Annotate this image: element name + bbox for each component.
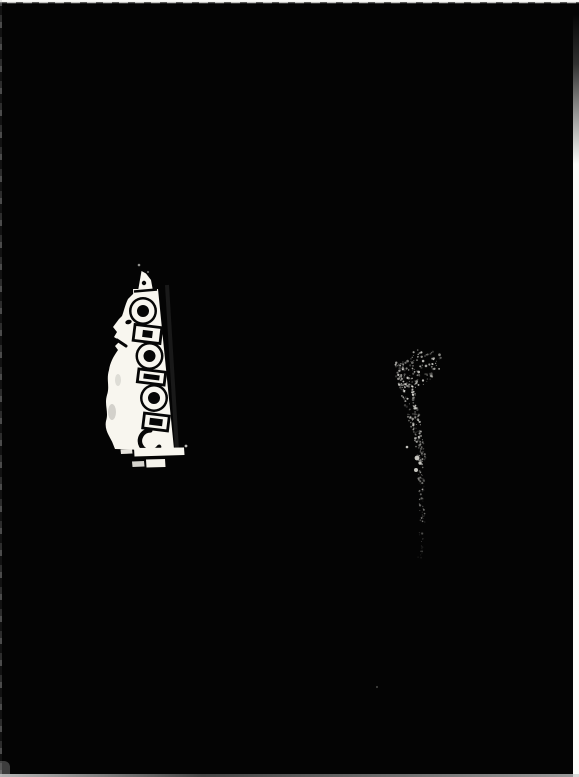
stipple-dot xyxy=(414,433,415,434)
stipple-dot xyxy=(421,545,422,546)
stipple-dot xyxy=(399,378,400,379)
stipple-dot xyxy=(416,441,418,443)
stipple-dot xyxy=(376,686,378,688)
stipple-dot xyxy=(413,360,414,361)
stipple-dot xyxy=(406,367,408,369)
stipple-dot xyxy=(422,360,425,363)
stipple-dot xyxy=(419,470,421,472)
stipple-dot xyxy=(421,518,422,519)
tip-notch xyxy=(142,281,146,285)
stipple-dot xyxy=(414,393,416,395)
stipple-dot xyxy=(438,368,440,370)
stipple-dot xyxy=(410,426,412,428)
stipple-dot xyxy=(415,395,416,396)
stipple-dot xyxy=(421,533,422,534)
stipple-dot xyxy=(423,443,424,444)
stipple-dot xyxy=(413,355,414,356)
stipple-dot xyxy=(409,403,410,404)
statue-figure xyxy=(106,271,185,468)
highlight-blob xyxy=(414,468,418,472)
stipple-dot xyxy=(412,394,414,396)
stipple-dot xyxy=(424,515,425,516)
stipple-dot xyxy=(422,455,423,456)
stipple-dot xyxy=(417,354,419,356)
stipple-dot xyxy=(419,505,420,506)
stipple-dot xyxy=(417,357,418,358)
stipple-dot xyxy=(422,547,423,548)
stipple-dot xyxy=(419,476,421,478)
stipple-dot xyxy=(414,417,416,419)
stipple-dot xyxy=(409,375,410,376)
stipple-dot xyxy=(421,461,423,463)
stipple-dot xyxy=(436,365,437,366)
stipple-dot xyxy=(422,549,423,550)
stipple-dot xyxy=(409,409,411,411)
stipple-dot xyxy=(410,417,412,419)
base-fragment-large xyxy=(146,459,166,468)
stipple-dot xyxy=(422,379,424,381)
stipple-dot xyxy=(430,379,431,380)
stipple-dot xyxy=(402,387,403,388)
stipple-dot xyxy=(415,387,416,388)
stipple-dot xyxy=(432,368,433,369)
stipple-dot xyxy=(412,381,414,383)
stipple-dot xyxy=(420,519,422,521)
stipple-dot xyxy=(419,535,420,536)
stipple-dot xyxy=(408,369,409,370)
stipple-dot xyxy=(412,357,413,358)
stipple-dot xyxy=(416,414,417,415)
stipple-dot xyxy=(421,552,422,553)
stipple-dot xyxy=(410,358,411,359)
stipple-dot xyxy=(420,424,421,425)
stipple-dot xyxy=(422,514,424,516)
stipple-dot xyxy=(420,557,422,559)
stipple-dot xyxy=(424,513,426,515)
stipple-dot xyxy=(426,381,427,382)
stipple-dot xyxy=(416,424,417,425)
stipple-dot xyxy=(403,376,406,379)
stipple-dot xyxy=(415,431,417,433)
stipple-dot xyxy=(400,379,402,381)
stipple-dot xyxy=(413,405,414,406)
stipple-dot xyxy=(412,365,413,366)
stipple-dot xyxy=(185,445,188,448)
stipple-dot xyxy=(412,424,414,426)
stipple-dot xyxy=(421,448,422,449)
stipple-dot xyxy=(138,264,141,267)
stipple-dot xyxy=(416,359,417,360)
stipple-dot xyxy=(405,396,406,397)
stipple-dot xyxy=(416,437,417,438)
stipple-dot xyxy=(413,431,415,433)
stipple-dot xyxy=(417,418,420,421)
stipple-dot xyxy=(426,373,428,375)
stipple-dot xyxy=(423,480,425,482)
stipple-dot xyxy=(404,386,406,388)
stipple-dot xyxy=(411,389,413,391)
stipple-dot xyxy=(401,389,403,391)
stipple-dot xyxy=(417,477,419,479)
stipple-dot xyxy=(422,538,423,539)
stipple-dot xyxy=(420,551,421,552)
stipple-dot xyxy=(418,436,420,438)
stipple-dot xyxy=(431,352,432,353)
stipple-dot xyxy=(418,490,420,492)
stipple-dot xyxy=(417,416,419,418)
stipple-dot xyxy=(413,374,414,375)
stipple-dot xyxy=(402,361,404,363)
stipple-dot xyxy=(419,440,421,442)
stipple-dot xyxy=(421,454,422,455)
stipple-dot xyxy=(414,440,416,442)
stipple-dot xyxy=(395,363,396,364)
stipple-dot xyxy=(398,382,400,384)
highlight-blob xyxy=(406,446,409,449)
stipple-dot xyxy=(417,374,419,376)
stipple-dot xyxy=(422,515,423,516)
stipple-dot xyxy=(436,361,437,362)
stipple-dot xyxy=(395,366,397,368)
stipple-dot xyxy=(417,371,420,374)
stipple-dot xyxy=(402,363,404,365)
stipple-dot xyxy=(411,361,414,364)
stipple-dot xyxy=(422,475,423,476)
dark-interior-photograph xyxy=(0,0,579,777)
stipple-dot xyxy=(430,353,431,354)
stipple-dot xyxy=(415,432,416,433)
stipple-dot xyxy=(418,375,420,377)
stipple-dot xyxy=(401,395,403,397)
rect-motif-core xyxy=(142,330,153,338)
stipple-dot xyxy=(400,363,401,364)
stipple-dot xyxy=(414,405,416,407)
stipple-dot xyxy=(415,428,416,429)
stipple-dot xyxy=(422,442,423,443)
stipple-dot xyxy=(414,373,415,374)
stipple-dot xyxy=(424,459,425,460)
stray-specks xyxy=(138,264,378,688)
stipple-dot xyxy=(416,407,418,409)
stipple-dot xyxy=(422,501,423,502)
stipple-dot xyxy=(403,398,405,400)
stipple-dot xyxy=(419,510,420,511)
stipple-dot xyxy=(418,444,421,447)
stipple-dot xyxy=(407,416,409,418)
stipple-dot xyxy=(427,378,429,380)
stipple-dot xyxy=(422,478,423,479)
stipple-dot xyxy=(399,386,401,388)
stipple-dot xyxy=(403,388,404,389)
stipple-dot xyxy=(419,532,420,533)
stipple-dot xyxy=(428,363,430,365)
highlight-blob xyxy=(418,461,421,464)
stipple-dot xyxy=(419,430,421,432)
stipple-dot xyxy=(421,551,423,553)
stipple-dot xyxy=(419,459,421,461)
stipple-dot xyxy=(423,501,424,502)
stipple-dot xyxy=(420,493,422,495)
stipple-dot xyxy=(398,364,399,365)
stipple-dot xyxy=(412,368,414,370)
stipple-dot xyxy=(413,351,415,353)
stipple-dot xyxy=(399,365,401,367)
stipple-dot xyxy=(415,383,416,384)
stipple-dot xyxy=(395,364,397,366)
stipple-dot xyxy=(431,363,433,365)
scene-canvas xyxy=(0,0,579,777)
stipple-dot xyxy=(406,360,409,363)
stipple-dot xyxy=(414,380,415,381)
stipple-dot xyxy=(400,369,402,371)
stipple-dot xyxy=(421,474,422,475)
stipple-dot xyxy=(407,398,409,400)
stipple-dot xyxy=(430,372,432,374)
stipple-dot xyxy=(422,364,423,365)
base-fragment-small xyxy=(132,461,145,467)
stipple-dot xyxy=(409,381,410,382)
stipple-dot xyxy=(423,448,425,450)
stipple-dot xyxy=(410,422,412,424)
stipple-dot xyxy=(410,384,411,385)
stipple-dot xyxy=(417,556,418,557)
stipple-dot xyxy=(440,357,442,359)
stipple-dot xyxy=(396,372,398,374)
stipple-dot xyxy=(422,491,423,492)
stipple-dot xyxy=(427,353,429,355)
stipple-dot xyxy=(414,413,416,415)
stipple-dot xyxy=(433,368,435,370)
stipple-dot xyxy=(419,498,421,500)
stipple-dot xyxy=(402,381,404,383)
stipple-dot xyxy=(400,376,401,377)
stipple-dot xyxy=(417,431,418,432)
highlight-blob xyxy=(415,456,420,461)
stipple-dot xyxy=(412,420,413,421)
stipple-dot xyxy=(423,384,424,385)
stipple-dot xyxy=(419,442,421,444)
body-shading xyxy=(115,374,121,386)
stipple-dot xyxy=(422,506,423,507)
stipple-dot xyxy=(424,453,426,455)
stipple-dot xyxy=(412,391,414,393)
stipple-dot xyxy=(425,457,426,458)
arch-highlight xyxy=(395,349,442,558)
stipple-dot xyxy=(404,390,406,392)
stipple-dot xyxy=(423,518,424,519)
stipple-dot xyxy=(407,414,408,415)
stipple-dot xyxy=(422,467,424,469)
stipple-dot xyxy=(411,421,412,422)
stipple-dot xyxy=(407,377,408,378)
band-tip xyxy=(138,271,153,291)
body-shading xyxy=(108,404,116,420)
base-dash-left xyxy=(121,449,133,454)
stipple-dot xyxy=(421,446,423,448)
stipple-dot xyxy=(424,521,425,522)
stipple-dot xyxy=(409,378,411,380)
stipple-dot xyxy=(402,366,404,368)
stipple-dot xyxy=(422,439,423,440)
stipple-dot xyxy=(414,371,416,373)
stipple-dot xyxy=(147,271,149,273)
stipple-dot xyxy=(420,554,421,555)
stipple-dot xyxy=(420,351,422,353)
stipple-dot xyxy=(421,548,422,549)
stipple-dot xyxy=(403,369,405,371)
stipple-dot xyxy=(415,438,416,439)
stipple-dot xyxy=(421,541,422,542)
stipple-dot xyxy=(422,512,423,513)
stipple-dot xyxy=(420,367,422,369)
stipple-dot xyxy=(406,385,407,386)
stipple-dot xyxy=(397,374,399,376)
stipple-dot xyxy=(406,406,408,408)
stipple-dot xyxy=(425,365,428,368)
stipple-dot xyxy=(420,450,421,451)
stipple-dot xyxy=(400,374,402,376)
stipple-dot xyxy=(419,480,421,482)
stipple-dot xyxy=(418,447,419,448)
stipple-dot xyxy=(418,474,419,475)
stipple-dot xyxy=(415,446,417,448)
stipple-dot xyxy=(424,355,425,356)
stipple-dot xyxy=(421,356,423,358)
stipple-dot xyxy=(417,349,419,351)
stipple-dot xyxy=(404,400,406,402)
stipple-dot xyxy=(410,361,411,362)
stipple-dot xyxy=(430,375,433,378)
stipple-dot xyxy=(423,486,424,487)
stipple-dot xyxy=(431,366,433,368)
stipple-dot xyxy=(397,365,398,366)
stipple-dot xyxy=(412,429,414,431)
stipple-dot xyxy=(422,498,424,500)
stipple-dot xyxy=(438,353,441,356)
stipple-dot xyxy=(411,385,413,387)
stipple-dot xyxy=(433,359,434,360)
stipple-dot xyxy=(419,503,420,504)
stipple-dot xyxy=(418,421,419,422)
stipple-dot xyxy=(404,362,406,364)
stipple-dot xyxy=(399,377,400,378)
stipple-dot xyxy=(425,354,426,355)
stipple-dot xyxy=(412,413,414,415)
stipple-dot xyxy=(421,546,422,547)
stipple-dot xyxy=(411,378,412,379)
stipple-dot xyxy=(419,483,420,484)
stipple-dot xyxy=(418,384,420,386)
stipple-dot xyxy=(417,379,419,381)
stipple-dot xyxy=(422,458,424,460)
stipple-dot xyxy=(409,414,410,415)
stipple-dot xyxy=(420,484,421,485)
stipple-dot xyxy=(429,353,430,354)
base-bar xyxy=(134,448,185,457)
stipple-dot xyxy=(414,411,416,413)
statue-base xyxy=(121,448,185,468)
stipple-dot xyxy=(421,435,422,436)
stipple-dot xyxy=(413,397,415,399)
stipple-dot xyxy=(398,367,401,370)
stipple-dot xyxy=(422,520,424,522)
stipple-dot xyxy=(424,456,425,457)
stipple-dot xyxy=(412,370,413,371)
stipple-dot xyxy=(421,482,423,484)
stipple-dot xyxy=(412,398,415,401)
stipple-dot xyxy=(408,385,410,387)
stipple-dot xyxy=(402,384,404,386)
stipple-dot xyxy=(422,488,423,489)
stipple-dot xyxy=(409,364,411,366)
stipple-dot xyxy=(408,420,410,422)
stipple-dot xyxy=(419,432,421,434)
stipple-dot xyxy=(412,402,414,404)
stipple-dot xyxy=(404,373,406,375)
stipple-dot xyxy=(435,363,436,364)
stipple-dot xyxy=(414,369,415,370)
stipple-dot xyxy=(395,375,397,377)
stipple-dot xyxy=(420,472,422,474)
stipple-dot xyxy=(423,509,425,511)
